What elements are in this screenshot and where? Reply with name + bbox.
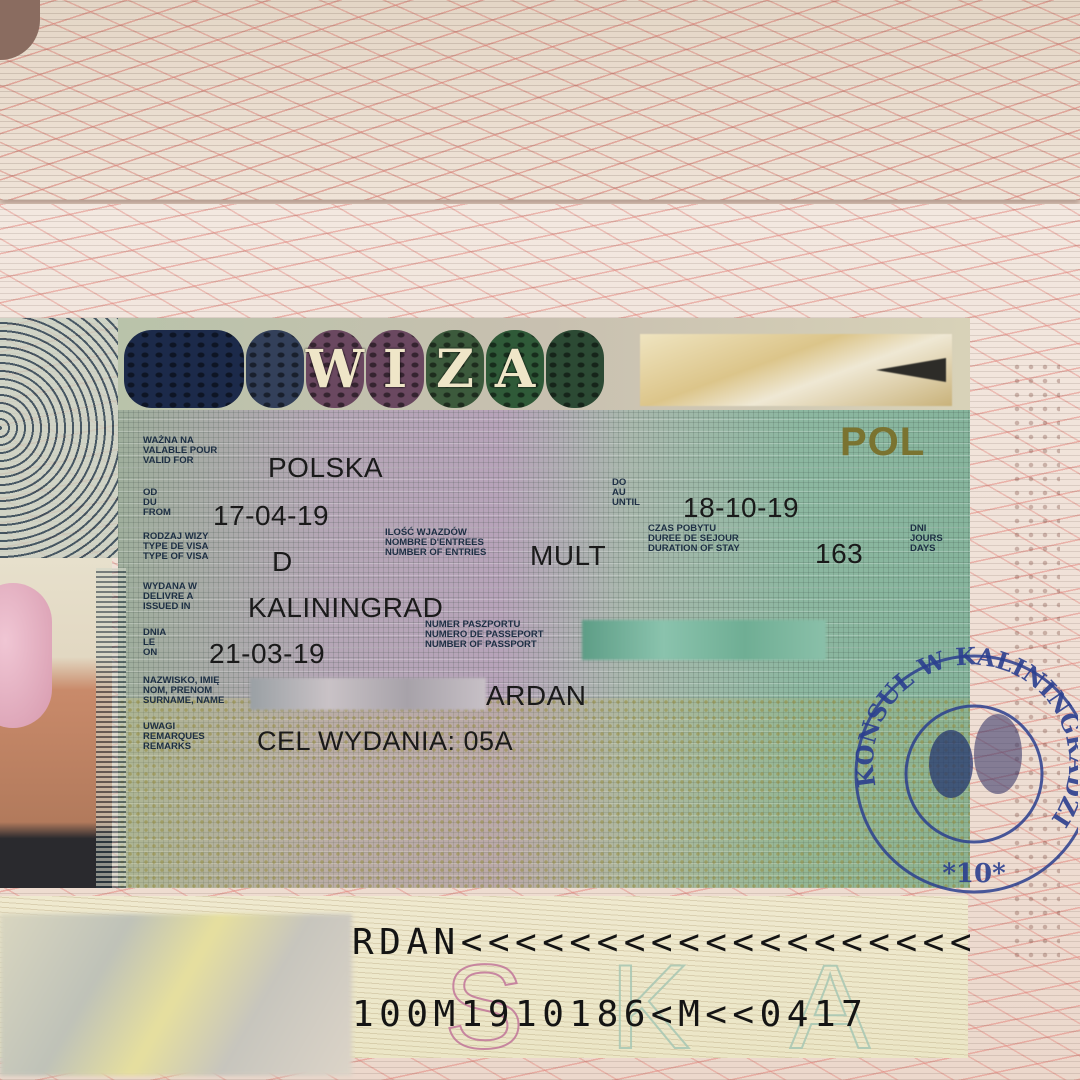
logo-tile: [246, 330, 304, 408]
mrz-line-2: 100M1910186<M<<0417: [352, 994, 868, 1035]
value-duration-of-stay: 163: [815, 538, 863, 570]
eur-microprint-strip: [96, 568, 126, 888]
value-surname-visible: ARDAN: [486, 680, 587, 712]
value-from: 17-04-19: [213, 500, 329, 532]
value-number-of-entries: MULT: [530, 540, 606, 572]
label-issued-in: WYDANA W DELIVRE A ISSUED IN: [143, 582, 197, 612]
value-until: 18-10-19: [683, 492, 799, 524]
label-days: DNI JOURS DAYS: [910, 524, 943, 554]
label-duration-of-stay: CZAS POBYTU DUREE DE SEJOUR DURATION OF …: [648, 524, 740, 554]
redacted-passport-number: [582, 620, 826, 660]
value-issue-date: 21-03-19: [209, 638, 325, 670]
logo-block: [124, 330, 244, 408]
logo-letter-z: Z: [426, 330, 484, 408]
mrz-line-1: RDAN<<<<<<<<<<<<<<<<<<<: [352, 922, 977, 963]
guilloche-rosette: [0, 318, 130, 558]
value-issued-in: KALININGRAD: [248, 592, 443, 624]
visa-sticker: W I Z A POL WAŻNA NA VALABLE POUR VALID …: [0, 318, 968, 1058]
logo-letter-w: W: [306, 330, 364, 408]
value-valid-for: POLSKA: [268, 452, 383, 484]
label-until: DO AU UNTIL: [612, 478, 640, 508]
eagle-emblem-icon: [929, 730, 973, 798]
value-type-of-visa: D: [272, 546, 293, 578]
blurred-area: [0, 914, 352, 1076]
hologram: [640, 334, 952, 406]
thumb-covering-photo: [0, 583, 52, 728]
svg-text:*10*: *10*: [942, 859, 1006, 889]
label-remarks: UWAGI REMARQUES REMARKS: [143, 722, 205, 752]
wiza-logo: W I Z A: [124, 330, 604, 410]
logo-tile: [546, 330, 604, 408]
label-passport-number: NUMER PASZPORTU NUMERO DE PASSEPORT NUMB…: [425, 620, 544, 650]
logo-letter-i: I: [366, 330, 424, 408]
label-type-of-visa: RODZAJ WIZY TYPE DE VISA TYPE OF VISA: [143, 532, 208, 562]
svg-text:KONSUL W KALININGRADZIE: KONSUL W KALININGRADZIE: [846, 636, 1078, 832]
passport-upper-page: [0, 0, 1080, 200]
redacted-surname: [250, 678, 486, 710]
label-surname-name: NAZWISKO, IMIĘ NOM, PRENOM SURNAME, NAME: [143, 676, 224, 706]
label-number-of-entries: ILOŚĆ WJAZDÓW NOMBRE D'ENTREES NUMBER OF…: [385, 528, 486, 558]
label-valid-for: WAŻNA NA VALABLE POUR VALID FOR: [143, 436, 217, 466]
label-on: DNIA LE ON: [143, 628, 166, 658]
country-code: POL: [840, 420, 925, 465]
logo-letter-a: A: [486, 330, 544, 408]
value-remarks: CEL WYDANIA: 05A: [257, 726, 513, 757]
label-from: OD DU FROM: [143, 488, 171, 518]
consulate-stamp: KONSUL W KALININGRADZIE *10*: [846, 636, 1078, 894]
hologram-arrow-icon: [876, 358, 946, 382]
